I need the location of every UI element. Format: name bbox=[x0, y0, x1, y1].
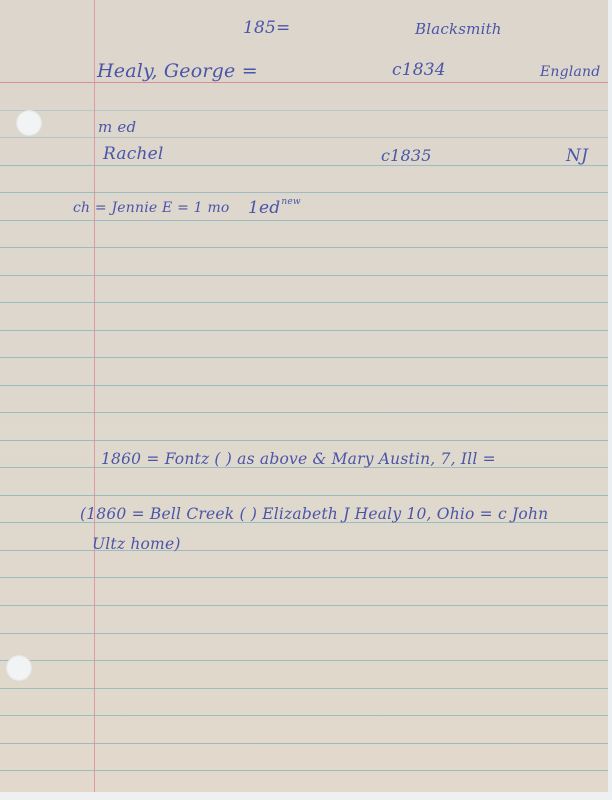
ruled-line bbox=[0, 385, 608, 386]
ruled-line bbox=[0, 743, 608, 744]
ruled-line bbox=[0, 110, 608, 111]
ruled-line bbox=[0, 495, 608, 496]
notebook-page: 185= Blacksmith Healy, George = c1834 En… bbox=[0, 0, 608, 792]
punch-hole-top bbox=[16, 110, 42, 136]
census-note-1860-fontz: 1860 = Fontz ( ) as above & Mary Austin,… bbox=[101, 450, 496, 468]
ruled-line bbox=[0, 412, 608, 413]
ruled-line bbox=[0, 715, 608, 716]
ruled-line bbox=[0, 220, 608, 221]
birth-year-george: c1834 bbox=[392, 60, 446, 80]
children-note-sup: new bbox=[281, 197, 300, 207]
birthplace-rachel: NJ bbox=[566, 146, 588, 166]
ruled-line bbox=[0, 330, 608, 331]
ruled-line bbox=[0, 688, 608, 689]
ruled-line bbox=[0, 247, 608, 248]
ruled-line bbox=[0, 577, 608, 578]
punch-hole-bottom bbox=[6, 655, 32, 681]
ruled-line bbox=[0, 770, 608, 771]
scan-edge-bottom bbox=[0, 792, 612, 800]
ruled-line bbox=[0, 440, 608, 441]
census-year-header: 185= bbox=[243, 18, 291, 38]
person-name-rachel: Rachel bbox=[103, 144, 164, 164]
ruled-line bbox=[0, 660, 608, 661]
children-note: 1ednew bbox=[248, 198, 301, 218]
ruled-line bbox=[0, 165, 608, 166]
ruled-line bbox=[0, 302, 608, 303]
children-note-main: 1ed bbox=[248, 198, 280, 218]
children-line: ch = Jennie E = 1 mo bbox=[73, 200, 230, 216]
person-name-george: Healy, George = bbox=[97, 60, 258, 82]
married-label: m ed bbox=[98, 118, 136, 136]
census-note-ultz-home: Ultz home) bbox=[92, 535, 181, 553]
ruled-line bbox=[0, 137, 608, 138]
ruled-line bbox=[0, 605, 608, 606]
occupation-header: Blacksmith bbox=[415, 20, 502, 38]
scan-edge-right bbox=[608, 0, 612, 800]
header-rule-red bbox=[0, 82, 608, 83]
birthplace-george: England bbox=[540, 64, 600, 80]
ruled-line bbox=[0, 633, 608, 634]
ruled-line bbox=[0, 357, 608, 358]
ruled-line bbox=[0, 192, 608, 193]
census-note-1860-bellcreek: (1860 = Bell Creek ( ) Elizabeth J Healy… bbox=[80, 505, 548, 523]
ruled-line bbox=[0, 275, 608, 276]
margin-line-red bbox=[94, 0, 95, 792]
birth-year-rachel: c1835 bbox=[381, 146, 432, 165]
